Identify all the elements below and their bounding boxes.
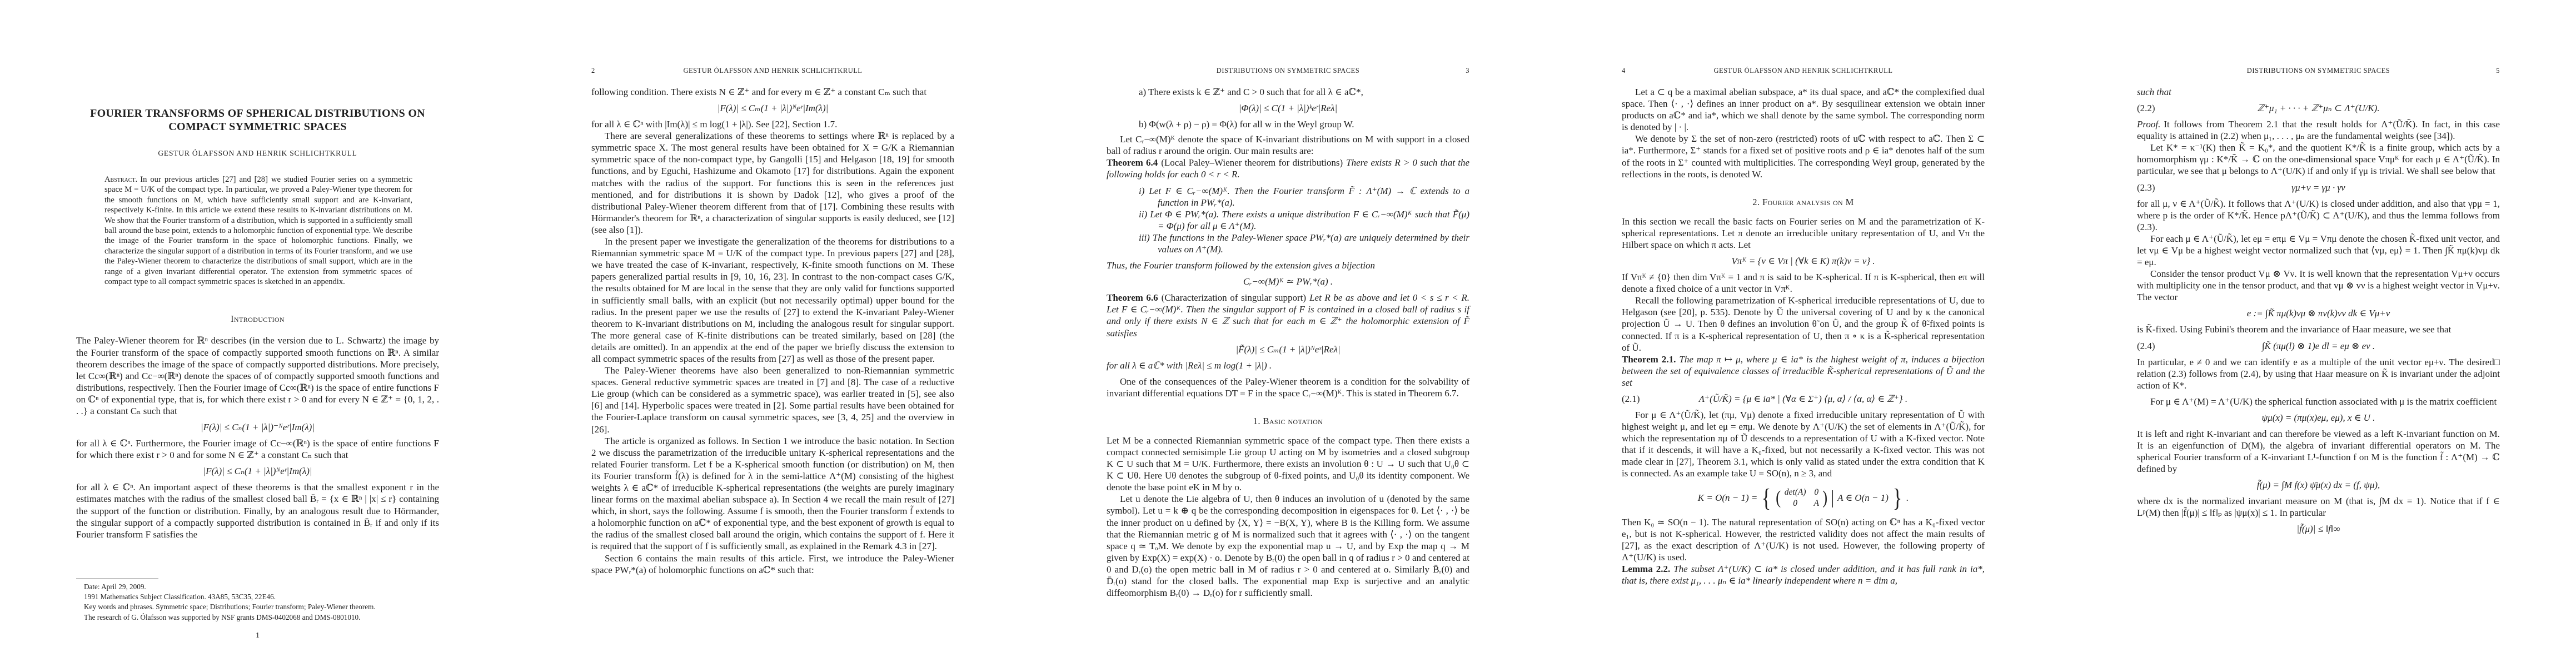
equation-matrix-K: K = O(n − 1) = { ( det(A) 0 0 A ) | A ∈ … [1622,485,1985,511]
p5-paragraph-6: □In particular, e ≠ 0 and we can identif… [2137,356,2500,391]
p5-paragraph-3: For each μ ∈ Λ⁺(Ũ/K̃), let eμ = eπμ ∈ Vμ… [2137,233,2500,268]
left-paren: ( [1776,489,1781,507]
page-4-content: Let a ⊂ q be a maximal abelian subspace,… [1622,86,1985,586]
p2-paragraph-4: In the present paper we investigate the … [591,236,954,365]
theorem-6-4-label: Theorem 6.4 [1107,157,1158,168]
p5-equation-psi: ψμ(x) = (πμ(x)eμ, eμ), x ∈ U . [2137,411,2500,424]
matrix-condition: A ∈ O(n − 1) [1837,491,1889,504]
p3-item-b: b) Φ(w(λ + ρ) − ρ) = Φ(λ) for all w in t… [1107,118,1469,130]
p2-paragraph-3: There are several generalizations of the… [591,130,954,236]
p5-paragraph-7: For μ ∈ Λ⁺(M) = Λ⁺(U/K) the spherical fu… [2137,396,2500,407]
page-3-running-head: DISTRIBUTIONS ON SYMMETRIC SPACES 3 [1107,67,1469,75]
theorem-6-4: Theorem 6.4(Local Paley–Wiener theorem f… [1107,157,1469,180]
p4-equation-1: Vπᴷ = {v ∈ Vπ | (∀k ∈ K) π(k)v = v} . [1622,255,1985,267]
section-heading-fourier-analysis: 2. Fourier analysis on M [1622,197,1985,208]
proof-label: Proof. [2137,119,2160,130]
equation-2-1-body: Λ⁺(Ũ/K̃) = {μ ∈ ia* | (∀α ∈ Σ⁺) ⟨μ, α⟩ /… [1699,394,1907,404]
p3-paragraph-5: Let M be a connected Riemannian symmetri… [1107,435,1469,493]
lemma-2-2-statement: The subset Λ⁺(U/K) ⊂ ia* is closed under… [1622,564,1985,586]
p4-paragraph-5: Recall the following parametrization of … [1622,295,1985,353]
p5-equation-e: e := ∫K̃ πμ(k)vμ ⊗ πν(k)vν dk ∈ Vμ+ν [2137,307,2500,320]
matrix-cell-11: det(A) [1785,487,1806,497]
page-3-content: a) There exists k ∈ ℤ⁺ and C > 0 such th… [1107,86,1469,599]
p1-paragraph-1: The Paley-Wiener theorem for ℝⁿ describe… [76,335,439,417]
p3-paragraph-2: Thus, the Fourier transform followed by … [1107,260,1469,271]
theorem-2-1: Theorem 2.1.The map π ↦ μ, where μ ∈ ia*… [1622,354,1985,389]
page-2-running-head: 2 GESTUR ÓLAFSSON AND HENRIK SCHLICHTKRU… [591,67,954,75]
page-5-head-title: DISTRIBUTIONS ON SYMMETRIC SPACES [2170,67,2467,75]
p3-item-ii: ii) Let Φ ∈ PWᵣ*(a). There exists a uniq… [1107,208,1469,232]
p5-paragraph-0: such that [2137,86,2500,98]
p3-item-iii: iii) The functions in the Paley-Wiener s… [1107,232,1469,255]
p3-paragraph-6: Let u denote the Lie algebra of U, then … [1107,493,1469,599]
page-1-number: 1 [76,631,439,640]
footnote-date: Date: April 29, 2009. [76,582,439,592]
page-5: DISTRIBUTIONS ON SYMMETRIC SPACES 5 such… [2061,0,2576,667]
matrix-bar: | [1831,489,1834,507]
footnote-grant: The research of G. Ólafsson was supporte… [76,613,439,623]
p3-equation-66: |F̃(λ)| ≤ Cₘ(1 + |λ|)ᴺeˢ|Reλ| [1107,343,1469,356]
page-4-running-head: 4 GESTUR ÓLAFSSON AND HENRIK SCHLICHTKRU… [1622,67,1985,75]
page-3-head-title: DISTRIBUTIONS ON SYMMETRIC SPACES [1140,67,1436,75]
abstract-label: Abstract. [104,175,137,184]
equation-2-3-tag: (2.3) [2137,181,2155,194]
p3-paragraph-3: for all λ ∈ aℂ* with |Reλ| ≤ m log(1 + |… [1107,360,1469,371]
equation-2-2: (2.2) ℤ⁺μ₁ + · · · + ℤ⁺μₙ ⊂ Λ⁺(U/K). [2137,102,2500,115]
page-3: DISTRIBUTIONS ON SYMMETRIC SPACES 3 a) T… [1030,0,1546,667]
equation-2-1-tag: (2.1) [1622,392,1640,405]
theorem-6-4-note: (Local Paley–Wiener theorem for distribu… [1161,157,1343,168]
theorem-6-6-label: Theorem 6.6 [1107,292,1158,303]
theorem-6-6-note: (Characterization of singular support) [1162,292,1306,303]
matrix-period: . [1906,491,1909,504]
p4-paragraph-1: Let a ⊂ q be a maximal abelian subspace,… [1622,86,1985,133]
page-2-head-title: GESTUR ÓLAFSSON AND HENRIK SCHLICHTKRULL [625,67,921,75]
section-heading-basic-notation: 1. Basic notation [1107,416,1469,427]
lemma-2-2: Lemma 2.2.The subset Λ⁺(U/K) ⊂ ia* is cl… [1622,563,1985,586]
p1-equation-2: |F(λ)| ≤ Cₙ(1 + |λ|)ᴺeʳ|Im(λ)| [76,465,439,477]
p3-equation-a: |Φ(λ)| ≤ C(1 + |λ|)ᵏeʳ|Reλ| [1107,102,1469,115]
right-brace: } [1893,485,1902,511]
equation-2-2-tag: (2.2) [2137,102,2155,115]
matrix-pre: K = O(n − 1) = [1698,491,1758,504]
footnote-block: Date: April 29, 2009. 1991 Mathematics S… [76,579,439,623]
abstract-text: In our previous articles [27] and [28] w… [104,175,412,286]
p5-paragraph-8: It is left and right K-invariant and can… [2137,428,2500,475]
equation-2-4-body: ∫K̃ (πμ(l) ⊗ 1)e dl = eμ ⊗ eν . [2262,341,2375,351]
page-3-number: 3 [1436,67,1469,75]
p5-paragraph-4: Consider the tensor product Vμ ⊗ Vν. It … [2137,268,2500,303]
p5-paragraph-9: where dx is the normalized invariant mea… [2137,495,2500,519]
matrix-cell-12: 0 [1814,487,1819,497]
document-canvas: { "stamp": "arXiv:0810.0062v2 [math.FA] … [0,0,2576,667]
equation-2-3: (2.3) γμ+ν = γμ · γν [2137,181,2500,194]
left-brace: { [1762,485,1771,511]
qed-box: □ [2494,356,2500,368]
page-4-number: 4 [1622,67,1655,75]
p4-paragraph-3: In this section we recall the basic fact… [1622,216,1985,251]
page-2-content: following condition. There exists N ∈ ℤ⁺… [591,86,954,576]
paper-title: FOURIER TRANSFORMS OF SPHERICAL DISTRIBU… [76,107,439,133]
p5-paragraph-6-text: In particular, e ≠ 0 and we can identify… [2137,357,2500,391]
footnote-msc: 1991 Mathematics Subject Classification.… [76,592,439,602]
p2-paragraph-5: The Paley-Wiener theorems have also been… [591,365,954,435]
p2-paragraph-7: Section 6 contains the main results of t… [591,552,954,576]
lemma-2-2-label: Lemma 2.2. [1622,564,1670,574]
section-heading-introduction: Introduction [76,313,439,325]
theorem-6-6: Theorem 6.6(Characterization of singular… [1107,292,1469,339]
p1-equation-1: |F(λ)| ≤ Cₙ(1 + |λ|)⁻ᴺeʳ|Im(λ)| [76,421,439,434]
page-4-head-title: GESTUR ÓLAFSSON AND HENRIK SCHLICHTKRULL [1655,67,1951,75]
matrix-cell-22: A [1814,499,1819,508]
p1-paragraph-2: for all λ ∈ ℂⁿ. Furthermore, the Fourier… [76,437,439,461]
p4-paragraph-2: We denote by Σ the set of non-zero (rest… [1622,133,1985,180]
page-1: FOURIER TRANSFORMS OF SPHERICAL DISTRIBU… [0,0,515,667]
p1-paragraph-3: for all λ ∈ ℂⁿ. An important aspect of t… [76,481,439,540]
page-4: 4 GESTUR ÓLAFSSON AND HENRIK SCHLICHTKRU… [1546,0,2061,667]
p5-proof: Proof.It follows from Theorem 2.1 that t… [2137,118,2500,142]
p4-paragraph-4: If Vπᴷ ≠ {0} then dim Vπᴷ = 1 and π is s… [1622,271,1985,295]
proof-body: It follows from Theorem 2.1 that the res… [2137,119,2500,141]
p2-equation-1: |F(λ)| ≤ Cₘ(1 + |λ|)ᴺeʳ|Im(λ)| [591,102,954,115]
paper-authors: GESTUR ÓLAFSSON AND HENRIK SCHLICHTKRULL [76,149,439,158]
equation-2-2-body: ℤ⁺μ₁ + · · · + ℤ⁺μₙ ⊂ Λ⁺(U/K). [2257,103,2379,113]
right-paren: ) [1822,489,1827,507]
p2-paragraph-1: following condition. There exists N ∈ ℤ⁺… [591,86,954,98]
p5-paragraph-2: for all μ, ν ∈ Λ⁺(Ũ/K̃). It follows that… [2137,198,2500,233]
abstract: Abstract.In our previous articles [27] a… [104,175,412,287]
matrix-cell-21: 0 [1785,499,1806,508]
page-5-content: such that (2.2) ℤ⁺μ₁ + · · · + ℤ⁺μₙ ⊂ Λ⁺… [2137,86,2500,539]
p5-paragraph-1: Let K* = κ⁻¹(K) then K̃ = K₀*, and the q… [2137,142,2500,177]
p3-paragraph-1: Let Cᵣ−∞(M)ᴷ denote the space of K-invar… [1107,133,1469,157]
p5-equation-last: |f̃(μ)| ≤ ‖f‖∞ [2137,522,2500,535]
p4-paragraph-6: For μ ∈ Λ⁺(Ũ/K̃), let (πμ, Vμ) denote a … [1622,409,1985,480]
theorem-2-1-label: Theorem 2.1. [1622,354,1676,365]
p3-item-i: i) Let F ∈ Cᵣ−∞(M)ᴷ. Then the Fourier tr… [1107,185,1469,208]
p2-paragraph-6: The article is organized as follows. In … [591,435,954,552]
matrix-2x2: det(A) 0 0 A [1785,487,1819,508]
equation-2-1: (2.1) Λ⁺(Ũ/K̃) = {μ ∈ ia* | (∀α ∈ Σ⁺) ⟨μ… [1622,392,1985,405]
p4-paragraph-7: Then K₀ ≃ SO(n − 1). The natural represe… [1622,516,1985,563]
p3-paragraph-4: One of the consequences of the Paley-Wie… [1107,376,1469,399]
equation-2-4-tag: (2.4) [2137,340,2155,352]
page-2: 2 GESTUR ÓLAFSSON AND HENRIK SCHLICHTKRU… [515,0,1030,667]
footnote-keywords: Key words and phrases. Symmetric space; … [76,602,439,612]
page-1-content: FOURIER TRANSFORMS OF SPHERICAL DISTRIBU… [76,0,439,540]
theorem-2-1-statement: The map π ↦ μ, where μ ∈ ia* is the high… [1622,354,1985,388]
footnote-rule [76,579,158,579]
p5-paragraph-5: is K̃-fixed. Using Fubini's theorem and … [2137,323,2500,335]
p3-item-a: a) There exists k ∈ ℤ⁺ and C > 0 such th… [1107,86,1469,98]
equation-2-3-body: γμ+ν = γμ · γν [2291,182,2345,193]
equation-2-4: (2.4) ∫K̃ (πμ(l) ⊗ 1)e dl = eμ ⊗ eν . [2137,340,2500,352]
page-5-running-head: DISTRIBUTIONS ON SYMMETRIC SPACES 5 [2137,67,2500,75]
p5-equation-ft: f̃(μ) = ∫M f(x) ψ̄μ(x) dx = (f, ψμ), [2137,479,2500,491]
p2-paragraph-2: for all λ ∈ ℂⁿ with |Im(λ)| ≤ m log(1 + … [591,118,954,130]
page-2-number: 2 [591,67,625,75]
p3-equation-bijection: Cᵣ−∞(M)ᴷ ≃ PWᵣ*(a) . [1107,275,1469,288]
page-5-number: 5 [2467,67,2500,75]
